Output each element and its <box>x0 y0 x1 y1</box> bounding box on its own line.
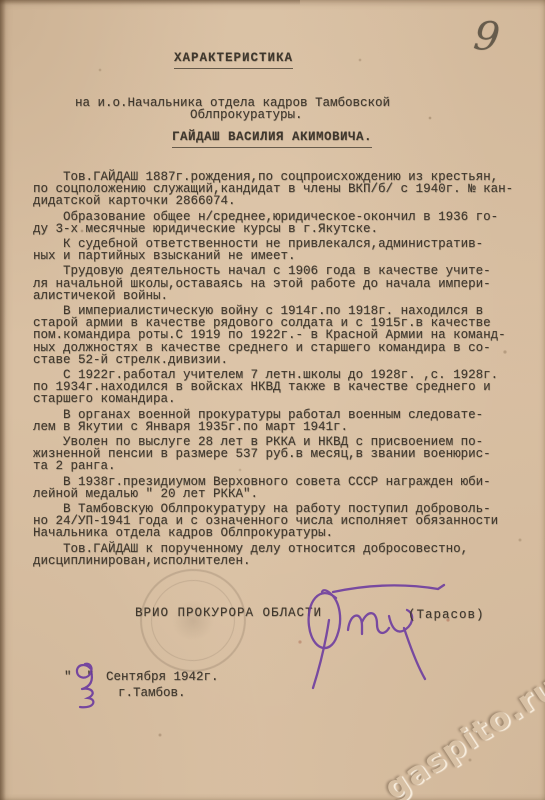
paragraph: В органах военной прокуратуры работал во… <box>33 409 519 433</box>
round-stamp <box>133 562 252 679</box>
paragraph: В Тамбовскую Облпрокуратуру на работу по… <box>33 503 519 540</box>
city-line: г.Тамбов. <box>118 687 186 699</box>
scanned-document-page: 9 ХАРАКТЕРИСТИКА на и.о.Начальника отдел… <box>0 0 545 800</box>
paragraph: Тов.ГАЙДАШ к порученному делу относится … <box>33 543 519 567</box>
document-body: Тов.ГАЙДАШ 1887г.рождения,по соцпроисхож… <box>33 171 519 570</box>
date-month-year: Сентября 1942г. <box>106 671 219 683</box>
signer-title: ВРИО ПРОКУРОРА ОБЛАСТИ <box>135 607 322 619</box>
handwritten-day-ink <box>68 660 106 712</box>
paragraph: В 1938г.президиумом Верховного совета СС… <box>33 476 519 500</box>
paragraph: С 1922г.работал учителем 7 летн.школы до… <box>33 369 519 406</box>
page-number-pencil: 9 <box>471 13 502 62</box>
paragraph: К судебной ответственности не привлекалс… <box>33 238 519 262</box>
paper-edge-shadow-top <box>0 0 300 5</box>
paragraph: Трудовую деятельность начал с 1906 года … <box>33 265 519 302</box>
paragraph: В империалистическую войну с 1914г.по 19… <box>33 305 519 366</box>
document-subtitle-line2: Облпрокуратуры. <box>190 109 303 121</box>
subject-name: ГАЙДАШ ВАСИЛИЯ АКИМОВИЧА. <box>172 131 372 148</box>
paragraph: Образование общее н/среднее,юридическое-… <box>33 211 519 235</box>
signer-name: (Тарасов) <box>408 609 485 621</box>
paper-edge-shadow-left <box>0 0 6 800</box>
paragraph: Тов.ГАЙДАШ 1887г.рождения,по соцпроисхож… <box>33 171 519 208</box>
signature-ink <box>298 578 450 696</box>
paragraph: Уволен по выслуге 28 лет в РККА и НКВД с… <box>33 436 519 473</box>
document-title: ХАРАКТЕРИСТИКА <box>174 52 293 69</box>
